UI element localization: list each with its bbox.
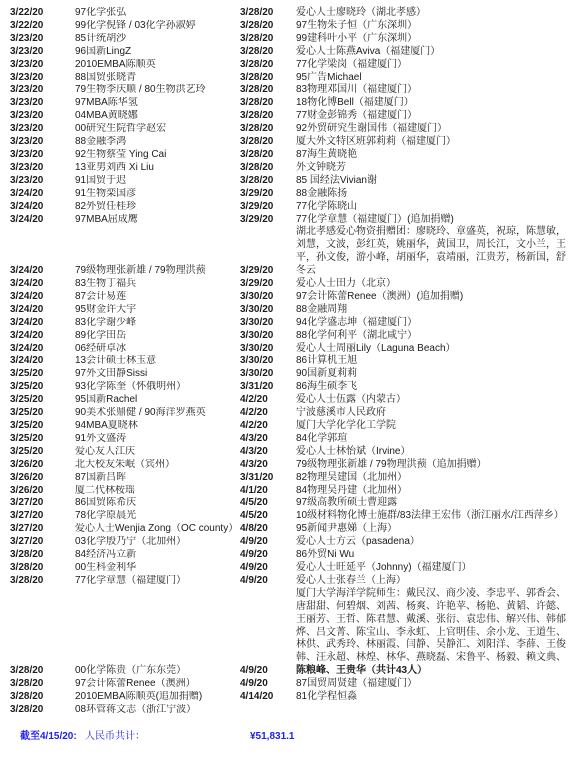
recipient-name: 87国贸周贤建（福建厦门） [296,678,566,691]
ship-date: 3/30/20 [240,343,296,356]
donor-name: 84经济冯立新 [75,549,240,562]
ship-date: 4/9/20 [240,588,296,678]
donation-date: 3/24/20 [10,304,75,317]
donation-date: 3/23/20 [10,149,75,162]
donation-date: 3/26/20 [10,472,75,485]
donor-name: 爱心人士Wenjia Zong（OC county） [75,523,240,536]
donor-name: 91生物栾国彦 [75,188,240,201]
recipient-name: 97会计陈蕾Renee（澳洲）(追加捐赠) [296,291,566,304]
donation-date: 3/28/20 [10,549,75,562]
table-row: 3/25/2090美术张鼎健 / 90海洋罗燕英4/2/20宁波慈溪市人民政府 [10,407,566,420]
recipient-name: 10级材料物化博士施群/83法律王宏伟（浙江丽水/江西萍乡） [296,510,566,523]
table-row: 3/23/202010EMBA陈顺英3/28/2077化学梁岗（福建厦门） [10,59,566,72]
ship-date: 4/9/20 [240,536,296,549]
donor-name: 13亚男刘西 Xi Liu [75,162,240,175]
recipient-name: 爱心人士周丽Lily（Laguna Beach） [296,343,566,356]
recipient-name: 77化学章慧（福建厦门）(追加捐赠) [296,214,566,227]
ship-date: 3/28/20 [240,46,296,59]
ship-date: 3/30/20 [240,317,296,330]
ship-date: 4/2/20 [240,407,296,420]
ship-date: 3/28/20 [240,136,296,149]
donation-date: 3/23/20 [10,110,75,123]
total-amount: ¥51,831.1 [250,730,520,743]
ship-date: 4/9/20 [240,575,296,588]
ship-date: 4/5/20 [240,510,296,523]
ship-date: 3/29/20 [240,214,296,227]
donor-name: 82外贸任桂珍 [75,201,240,214]
ship-date: 3/28/20 [240,84,296,97]
donation-date: 3/23/20 [10,33,75,46]
donation-date: 3/23/20 [10,97,75,110]
donor-name: 90美术张鼎健 / 90海洋罗燕英 [75,407,240,420]
donation-date: 3/24/20 [10,214,75,227]
recipient-name: 爱心人士旺延平（Johnny)（福建厦门） [296,562,566,575]
donation-date: 3/24/20 [10,343,75,356]
ship-date: 4/3/20 [240,446,296,459]
table-row: 3/24/2089化学田岳3/30/2088化学何利平（湖北咸宁） [10,330,566,343]
donor-name: 79生物李庆顺 / 80生物洪艺玲 [75,84,240,97]
recipient-name: 85 国经法Vivian谢 [296,175,566,188]
donation-date: 3/24/20 [10,317,75,330]
donor-name: 厦二代林桉瑶 [75,485,240,498]
recipient-name: 88金融陈扬 [296,188,566,201]
ship-date: 3/28/20 [240,33,296,46]
donation-date: 3/23/20 [10,175,75,188]
recipient-name: 爱心人士陈燕Aviva（福建厦门） [296,46,566,59]
donation-date: 3/28/20 [10,562,75,575]
table-row: 3/25/2091外文盛涛4/3/2084化学郭瑄 [10,433,566,446]
ship-date: 3/29/20 [240,201,296,214]
table-row: 3/28/202010EMBA陈顺英(追加捐赠)4/14/2081化学程恒淼 [10,691,566,704]
table-row: 3/25/20爱心友人江庆4/3/20爱心人士林怡斌（Irvine） [10,446,566,459]
donation-date: 3/26/20 [10,459,75,472]
recipient-name: 爱心人士林怡斌（Irvine） [296,446,566,459]
donation-table-body: 3/22/2097化学张弘3/28/20爱心人士廖晓玲（湖北孝感）3/22/20… [10,7,566,717]
table-row: 3/25/2095国新Rachel4/2/20爱心人士伍露（内蒙古） [10,394,566,407]
donation-date: 3/25/20 [10,407,75,420]
donor-name: 03化学殷乃宁（北加州） [75,536,240,549]
table-row: 3/26/20北大校友朱岷（宾州）4/3/2079级物理张新雄 / 79物理洪蓣… [10,459,566,472]
donor-name: 2010EMBA陈顺英 [75,59,240,72]
ship-date: 4/3/20 [240,433,296,446]
donor-name: 97化学张弘 [75,7,240,20]
recipient-name: 爱心人士张春兰（上海） [296,575,566,588]
donation-date: 3/28/20 [10,678,75,691]
ship-date: 3/28/20 [240,20,296,33]
ship-date: 3/30/20 [240,304,296,317]
donor-name: 97MBA陈华氢 [75,97,240,110]
recipient-name: 湖北孝感爱心物资捐赠团：廖晓玲、章盛英，祝琼，陈慧敏，刘慧，文波，彭红英，姚丽华… [296,226,566,278]
recipient-name: 95新闻尹惠娣（上海） [296,523,566,536]
donation-date: 3/23/20 [10,136,75,149]
ship-date: 3/30/20 [240,368,296,381]
donation-date: 3/23/20 [10,162,75,175]
recipient-name: 83物理邓国川（福建厦门） [296,84,566,97]
recipient-name: 厦门大学海洋学院师生：戴民汉、商少凌、李忠平、郭香会、唐甜甜、何碧烟、刘茜、杨爽… [296,588,566,678]
table-row: 3/23/2091国贸于迟3/28/2085 国经法Vivian谢 [10,175,566,188]
donation-date: 3/23/20 [10,123,75,136]
recipient-name: 爱心人士伍露（内蒙古） [296,394,566,407]
table-row: 3/23/2096国新LingZ3/28/20爱心人士陈燕Aviva（福建厦门） [10,46,566,59]
table-row: 3/24/2079级物理张新雄 / 79物理洪蓣3/29/20湖北孝感爱心物资捐… [10,226,566,278]
ship-date: 3/30/20 [240,291,296,304]
donation-date: 3/25/20 [10,381,75,394]
donor-name: 87国新吕晖 [75,472,240,485]
table-row: 3/25/2094MBA夏晓林4/2/20厦门大学化学化工学院 [10,420,566,433]
donor-name: 92生物蔡莹 Ying Cai [75,149,240,162]
donation-date: 3/28/20 [10,575,75,588]
donor-name: 83生物丁福兵 [75,278,240,291]
recipient-name: 外文钟晓芳 [296,162,566,175]
ship-date: 3/30/20 [240,330,296,343]
recipient-name: 84化学郭瑄 [296,433,566,446]
ship-date: 3/28/20 [240,175,296,188]
recipient-name: 88化学何利平（湖北咸宁） [296,330,566,343]
donor-name: 83化学谢少峰 [75,317,240,330]
table-row: 3/22/2097化学张弘3/28/20爱心人士廖晓玲（湖北孝感） [10,7,566,20]
recipient-name: 爱心人士廖晓玲（湖北孝感） [296,7,566,20]
donor-name: 99化学倪锋 / 03化学孙淑婷 [75,20,240,33]
donation-date: 3/27/20 [10,536,75,549]
donor-name: 08环管蒋文志（浙江宁波） [75,704,240,717]
donor-name: 2010EMBA陈顺英(追加捐赠) [75,691,240,704]
donation-date: 3/24/20 [10,355,75,368]
ship-date: 4/2/20 [240,394,296,407]
ship-date: 4/1/20 [240,485,296,498]
donor-name: 06经研卓冰 [75,343,240,356]
donor-name: 88金融李鸿 [75,136,240,149]
recipient-name: 77财金彭锦秀（福建厦门） [296,110,566,123]
currency-total-label: 人民币共计： [85,730,250,743]
donor-name: 79级物理张新雄 / 79物理洪蓣 [75,226,240,278]
recipient-name: 宁波慈溪市人民政府 [296,407,566,420]
donor-name: 89化学田岳 [75,330,240,343]
donor-name: 94MBA夏晓林 [75,420,240,433]
donor-name: 97会计陈蕾Renee（澳洲） [75,678,240,691]
ship-date: 4/9/20 [240,562,296,575]
donor-name: 88国贸张晓青 [75,72,240,85]
recipient-name: 86海生硕李飞 [296,381,566,394]
table-row: 3/24/2082外贸任桂珍3/29/2077化学陈晓山 [10,201,566,214]
ship-date: 3/29/20 [240,278,296,291]
table-row: 3/26/2087国新吕晖3/31/2082物理吴建国（北加州） [10,472,566,485]
table-row: 3/28/2077化学章慧（福建厦门）4/9/20爱心人士张春兰（上海） [10,575,566,588]
table-row: 3/23/2013亚男刘西 Xi Liu3/28/20外文钟晓芳 [10,162,566,175]
ship-date: 3/31/20 [240,381,296,394]
donation-ledger-page: 3/22/2097化学张弘3/28/20爱心人士廖晓玲（湖北孝感）3/22/20… [0,0,576,743]
ship-date: 3/28/20 [240,162,296,175]
donation-date: 3/27/20 [10,510,75,523]
ship-date: 3/28/20 [240,59,296,72]
recipient-name: 厦门大学化学化工学院 [296,420,566,433]
as-of-date: 截至4/15/20: [20,730,85,743]
recipient-name: 厦大外文特区班郭莉莉（福建厦门） [296,136,566,149]
recipient-name: 99建科叶小平（广东深圳） [296,33,566,46]
recipient-name: 86计算机王旭 [296,355,566,368]
donation-date: 3/22/20 [10,7,75,20]
recipient-name: 97生物朱子恒（广东深圳） [296,20,566,33]
recipient-name: 爱心人士田力（北京） [296,278,566,291]
recipient-name: 95广告Michael [296,72,566,85]
ship-date: 4/5/20 [240,497,296,510]
recipient-name: 爱心人士方云（pasadena） [296,536,566,549]
donation-date: 3/23/20 [10,46,75,59]
table-row: 3/28/2097会计陈蕾Renee（澳洲）4/9/2087国贸周贤建（福建厦门… [10,678,566,691]
donation-date: 3/25/20 [10,433,75,446]
recipient-name: 86外贸Ni Wu [296,549,566,562]
donation-date: 3/25/20 [10,420,75,433]
ship-date: 3/31/20 [240,472,296,485]
donation-date: 3/25/20 [10,394,75,407]
donation-date: 3/24/20 [10,201,75,214]
ship-date: 3/29/20 [240,188,296,201]
donor-name: 爱心友人江庆 [75,446,240,459]
donation-table: 3/22/2097化学张弘3/28/20爱心人士廖晓玲（湖北孝感）3/22/20… [10,7,566,717]
donor-name: 93化学陈奎（怀俄明州） [75,381,240,394]
table-row: 3/24/2095财金许大宇3/30/2088金融周翔 [10,304,566,317]
table-row: 3/24/2006经研卓冰3/30/20爱心人士周丽Lily（Laguna Be… [10,343,566,356]
donor-name: 96国新LingZ [75,46,240,59]
recipient-name: 84物理吴丹建（北加州） [296,485,566,498]
table-row: 3/25/2097外文田静Sissi3/30/2090国新夏莉莉 [10,368,566,381]
donor-name: 91外文盛涛 [75,433,240,446]
recipient-name: 18物化博Bell（福建厦门） [296,97,566,110]
table-row: 3/24/2013会计硕士林玉意3/30/2086计算机王旭 [10,355,566,368]
table-row: 3/27/2078化学原晨光4/5/2010级材料物化博士施群/83法律王宏伟（… [10,510,566,523]
donation-date: 3/28/20 [10,588,75,678]
table-row: 3/23/2088金融李鸿3/28/20厦大外文特区班郭莉莉（福建厦门） [10,136,566,149]
ship-date: 4/9/20 [240,549,296,562]
table-row: 3/23/2079生物李庆顺 / 80生物洪艺玲3/28/2083物理邓国川（福… [10,84,566,97]
table-row: 3/22/2099化学倪锋 / 03化学孙淑婷3/28/2097生物朱子恒（广东… [10,20,566,33]
donation-date: 3/27/20 [10,497,75,510]
ship-date: 3/28/20 [240,7,296,20]
ship-date: 3/29/20 [240,226,296,278]
table-row: 3/25/2093化学陈奎（怀俄明州）3/31/2086海生硕李飞 [10,381,566,394]
ship-date: 4/2/20 [240,420,296,433]
donation-date: 3/24/20 [10,188,75,201]
recipient-name: 81化学程恒淼 [296,691,566,704]
table-row: 3/23/2000研究生院哲学赵宏3/28/2092外贸研究生谢国伟（福建厦门） [10,123,566,136]
donation-date: 3/23/20 [10,59,75,72]
table-row: 3/28/2008环管蒋文志（浙江宁波） [10,704,566,717]
table-row: 3/24/2083生物丁福兵3/29/20爱心人士田力（北京） [10,278,566,291]
table-row: 3/28/2000化学陈贵（广东东莞）4/9/20厦门大学海洋学院师生：戴民汉、… [10,588,566,678]
donor-name: 95国新Rachel [75,394,240,407]
table-row: 3/23/2004MBA黄晓娜3/28/2077财金彭锦秀（福建厦门） [10,110,566,123]
ship-date: 3/28/20 [240,97,296,110]
table-row: 3/27/2003化学殷乃宁（北加州）4/9/20爱心人士方云（pasadena… [10,536,566,549]
table-row: 3/26/20厦二代林桉瑶4/1/2084物理吴丹建（北加州） [10,485,566,498]
recipient-name: 77化学陈晓山 [296,201,566,214]
donor-name: 86国贸陈希庆 [75,497,240,510]
donor-name: 87会计易莲 [75,291,240,304]
donation-date: 3/23/20 [10,84,75,97]
table-row: 3/24/2091生物栾国彦3/29/2088金融陈扬 [10,188,566,201]
recipient-name [296,704,566,717]
table-row: 3/23/2097MBA陈华氢3/28/2018物化博Bell（福建厦门） [10,97,566,110]
ship-date: 4/3/20 [240,459,296,472]
recipient-name: 87海生黄晓艳 [296,149,566,162]
table-row: 3/23/2085计统胡沙3/28/2099建科叶小平（广东深圳） [10,33,566,46]
donor-name: 78化学原晨光 [75,510,240,523]
table-row: 3/27/2086国贸陈希庆4/5/2097级高教所硕士曹迎露 [10,497,566,510]
donation-date: 3/26/20 [10,485,75,498]
table-row: 3/28/2084经济冯立新4/9/2086外贸Ni Wu [10,549,566,562]
donation-date: 3/25/20 [10,368,75,381]
ship-date: 3/30/20 [240,355,296,368]
donor-name: 91国贸于迟 [75,175,240,188]
totals-footer: 截至4/15/20: 人民币共计： ¥51,831.1 [20,730,576,743]
ship-date: 4/14/20 [240,691,296,704]
donation-date: 3/24/20 [10,291,75,304]
donation-date: 3/28/20 [10,691,75,704]
ship-date: 3/28/20 [240,110,296,123]
recipient-name: 92外贸研究生谢国伟（福建厦门） [296,123,566,136]
table-row: 3/27/20爱心人士Wenjia Zong（OC county）4/8/209… [10,523,566,536]
recipient-name: 77化学梁岗（福建厦门） [296,59,566,72]
recipient-name: 90国新夏莉莉 [296,368,566,381]
donor-name: 97外文田静Sissi [75,368,240,381]
donation-date: 3/22/20 [10,20,75,33]
donation-date: 3/24/20 [10,278,75,291]
donor-name: 04MBA黄晓娜 [75,110,240,123]
table-row: 3/24/2087会计易莲3/30/2097会计陈蕾Renee（澳洲）(追加捐赠… [10,291,566,304]
donor-name: 97MBA屈成鹰 [75,214,240,227]
recipient-name-bold-part: 陈粮峰、王贵华（共计43人） [296,665,427,676]
table-row: 3/24/2097MBA屈成鹰3/29/2077化学章慧（福建厦门）(追加捐赠) [10,214,566,227]
donor-name: 95财金许大宇 [75,304,240,317]
donation-date: 3/25/20 [10,446,75,459]
ship-date: 4/8/20 [240,523,296,536]
donation-date: 3/24/20 [10,226,75,278]
donor-name: 77化学章慧（福建厦门） [75,575,240,588]
recipient-name: 88金融周翔 [296,304,566,317]
donor-name: 85计统胡沙 [75,33,240,46]
donation-date: 3/27/20 [10,523,75,536]
recipient-name: 79级物理张新雄 / 79物理洪蓣（追加捐赠） [296,459,566,472]
ship-date: 3/28/20 [240,149,296,162]
donation-date: 3/28/20 [10,704,75,717]
recipient-name: 82物理吴建国（北加州） [296,472,566,485]
ship-date: 3/28/20 [240,72,296,85]
ship-date: 4/9/20 [240,678,296,691]
table-row: 3/23/2092生物蔡莹 Ying Cai3/28/2087海生黄晓艳 [10,149,566,162]
ship-date [240,704,296,717]
table-row: 3/24/2083化学谢少峰3/30/2094化学盛志坤（福建厦门） [10,317,566,330]
ship-date: 3/28/20 [240,123,296,136]
table-row: 3/23/2088国贸张晓青3/28/2095广告Michael [10,72,566,85]
donor-name: 00化学陈贵（广东东莞） [75,588,240,678]
recipient-name: 94化学盛志坤（福建厦门） [296,317,566,330]
donor-name: 北大校友朱岷（宾州） [75,459,240,472]
recipient-name: 97级高教所硕士曹迎露 [296,497,566,510]
donation-date: 3/24/20 [10,330,75,343]
donation-date: 3/23/20 [10,72,75,85]
donor-name: 13会计硕士林玉意 [75,355,240,368]
donor-name: 00研究生院哲学赵宏 [75,123,240,136]
donor-name: 00生科金利华 [75,562,240,575]
table-row: 3/28/2000生科金利华4/9/20爱心人士旺延平（Johnny)（福建厦门… [10,562,566,575]
